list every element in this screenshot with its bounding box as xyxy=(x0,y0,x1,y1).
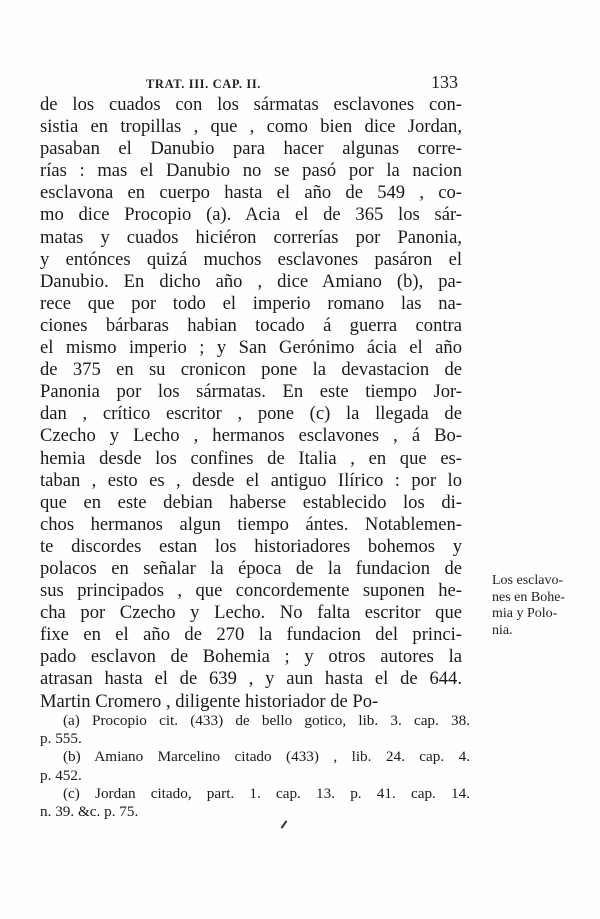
footnote-continuation: p. 555. xyxy=(40,730,470,748)
body-line: rece que por todo el imperio romano las … xyxy=(40,293,462,315)
body-line: cha por Czecho y Lecho. No falta escrito… xyxy=(40,602,462,624)
margin-note-line: Los esclavo- xyxy=(492,573,582,590)
footnotes: (a) Procopio cit. (433) de bello gotico,… xyxy=(40,712,470,821)
book-page: TRAT. III. CAP. II. 133 de los cuados co… xyxy=(0,0,600,919)
body-line: Danubio. En dicho año , dice Amiano (b),… xyxy=(40,271,462,293)
body-line: esclavona en cuerpo hasta el año de 549 … xyxy=(40,182,462,204)
margin-note: Los esclavo- nes en Bohe- mia y Polo- ni… xyxy=(492,573,582,639)
body-line: te discordes estan los historiadores boh… xyxy=(40,536,462,558)
body-text: de los cuados con los sármatas esclavone… xyxy=(40,94,462,713)
body-line: de los cuados con los sármatas esclavone… xyxy=(40,94,462,116)
body-line: atrasan hasta el de 639 , y aun hasta el… xyxy=(40,668,462,690)
body-line: pasaban el Danubio para hacer algunas co… xyxy=(40,138,462,160)
body-line: taban , esto es , desde el antiguo Ilíri… xyxy=(40,470,462,492)
body-line: el mismo imperio ; y San Gerónimo ácia e… xyxy=(40,337,462,359)
body-line: rías : mas el Danubio no se pasó por la … xyxy=(40,160,462,182)
margin-note-line: nia. xyxy=(492,623,582,640)
footnote-continuation: p. 452. xyxy=(40,767,470,785)
body-line: chos hermanos algun tiempo ántes. Notabl… xyxy=(40,514,462,536)
running-title: TRAT. III. CAP. II. xyxy=(146,77,261,92)
body-line: dan , crítico escritor , pone (c) la lle… xyxy=(40,403,462,425)
footnote-c: (c) Jordan citado, part. 1. cap. 13. p. … xyxy=(40,785,470,821)
stray-ink-mark xyxy=(281,820,288,829)
body-line: matas y cuados hiciéron correrías por Pa… xyxy=(40,227,462,249)
body-line: que en este debian haberse establecido l… xyxy=(40,492,462,514)
body-line: Czecho y Lecho , hermanos esclavones , á… xyxy=(40,425,462,447)
body-line: sistia en tropillas , que , como bien di… xyxy=(40,116,462,138)
footnote-continuation: n. 39. &c. p. 75. xyxy=(40,803,470,821)
footnote-b: (b) Amiano Marcelino citado (433) , lib.… xyxy=(40,748,470,784)
footnote-text: (b) Amiano Marcelino citado (433) , lib.… xyxy=(40,748,470,766)
body-line: hemia desde los confines de Italia , en … xyxy=(40,448,462,470)
running-head: TRAT. III. CAP. II. 133 xyxy=(40,74,460,94)
body-line: fixe en el año de 270 la fundacion del p… xyxy=(40,624,462,646)
body-line: polacos en señalar la época de la fundac… xyxy=(40,558,462,580)
body-line: de 375 en su cronicon pone la devastacio… xyxy=(40,359,462,381)
footnote-a: (a) Procopio cit. (433) de bello gotico,… xyxy=(40,712,470,748)
margin-note-line: nes en Bohe- xyxy=(492,590,582,607)
page-number: 133 xyxy=(431,72,458,93)
body-line: Panonia por los sármatas. En este tiempo… xyxy=(40,381,462,403)
body-line: mo dice Procopio (a). Acia el de 365 los… xyxy=(40,204,462,226)
body-line: sus principados , que concordemente supo… xyxy=(40,580,462,602)
body-line: ciones bárbaras habian tocado á guerra c… xyxy=(40,315,462,337)
body-line: Martin Cromero , diligente historiador d… xyxy=(40,691,462,713)
body-line: y entónces quizá muchos esclavones pasár… xyxy=(40,249,462,271)
body-line: pado esclavon de Bohemia ; y otros autor… xyxy=(40,646,462,668)
margin-note-line: mia y Polo- xyxy=(492,606,582,623)
footnote-text: (a) Procopio cit. (433) de bello gotico,… xyxy=(40,712,470,730)
footnote-text: (c) Jordan citado, part. 1. cap. 13. p. … xyxy=(40,785,470,803)
